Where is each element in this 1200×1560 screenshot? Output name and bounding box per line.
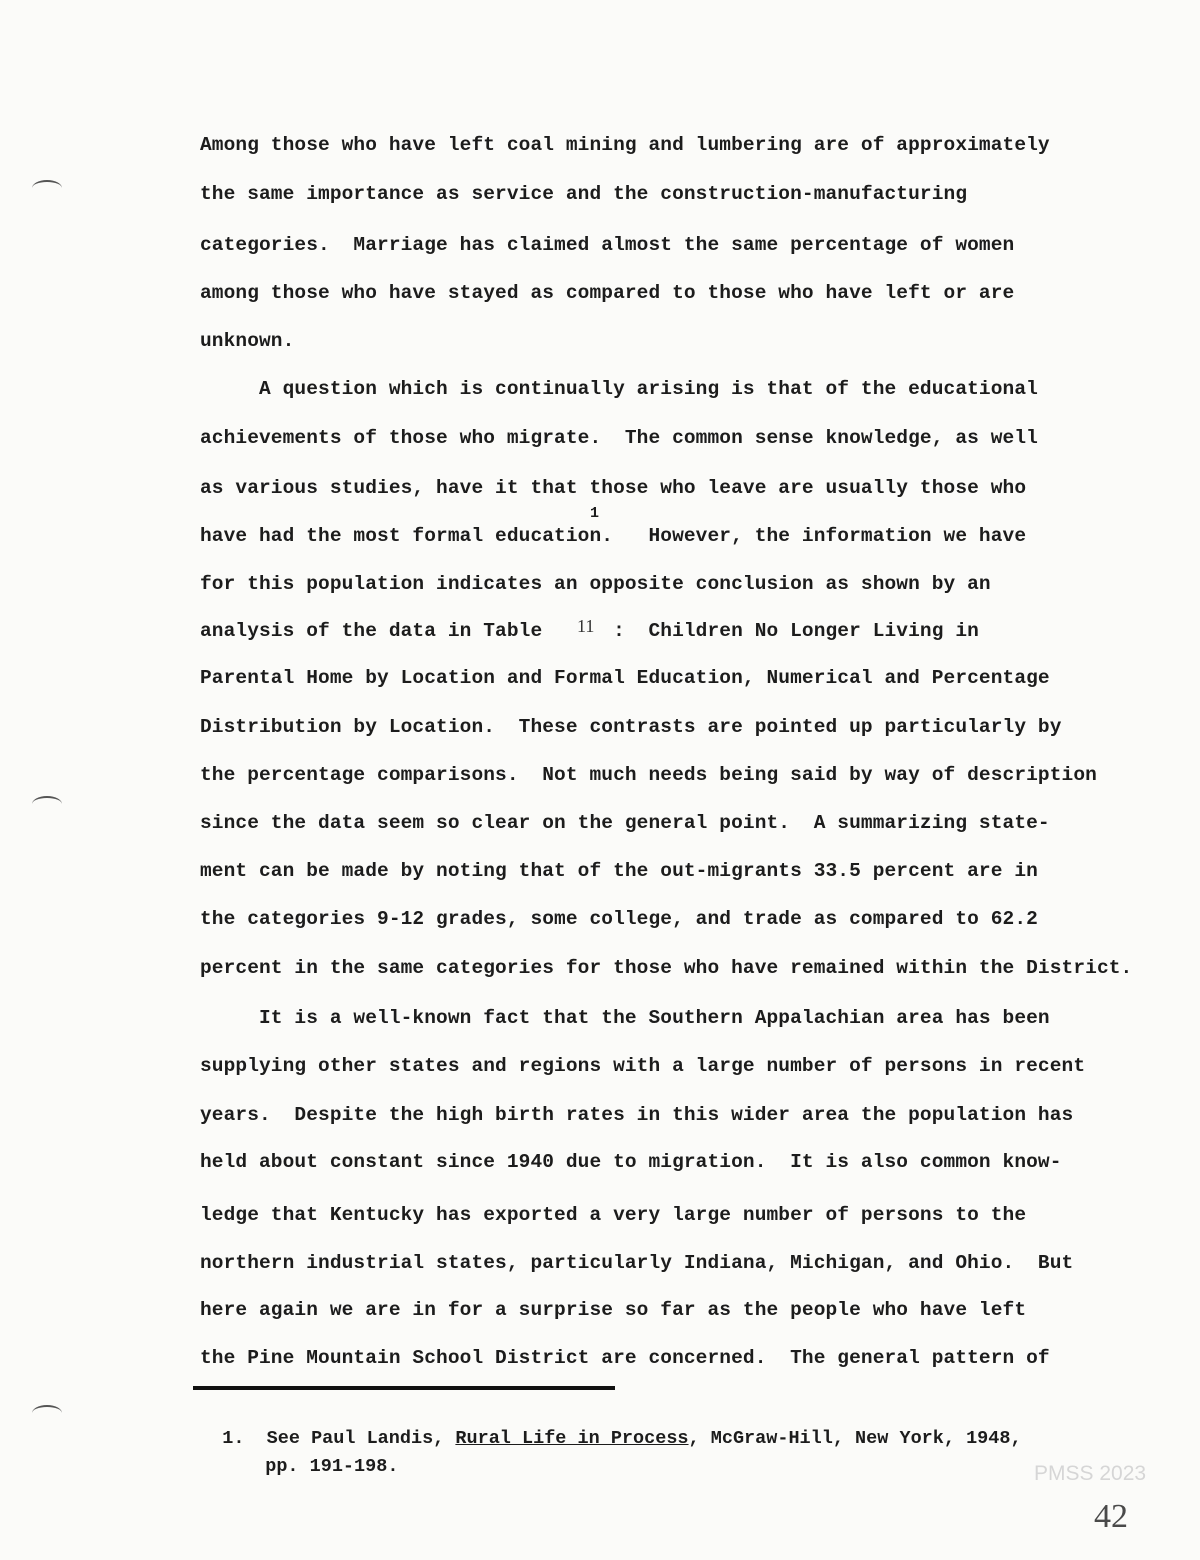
text-line: Distribution by Location. These contrast… (200, 715, 1062, 739)
hole-punch-mark (32, 180, 62, 196)
text-line: achievements of those who migrate. The c… (200, 426, 1038, 450)
text-line: A question which is continually arising … (200, 377, 1038, 401)
footnote-separator (193, 1386, 615, 1390)
footnote-pages: pp. 191-198. (265, 1456, 398, 1477)
text-line: have had the most formal education. Howe… (200, 524, 1026, 548)
text-line: here again we are in for a surprise so f… (200, 1298, 1026, 1322)
text-line: supplying other states and regions with … (200, 1054, 1085, 1078)
footnote-number: 1. (222, 1428, 244, 1449)
text-line: since the data seem so clear on the gene… (200, 811, 1050, 835)
text-line: as various studies, have it that those w… (200, 476, 1026, 500)
footnote-line-2: pp. 191-198. (243, 1434, 398, 1478)
text-line: Among those who have left coal mining an… (200, 133, 1050, 157)
footnote-book-title: Rural Life in Process (455, 1428, 688, 1449)
text-line: categories. Marriage has claimed almost … (200, 233, 1014, 257)
table-number-handwritten: 11 (577, 616, 594, 637)
text-line: the Pine Mountain School District are co… (200, 1346, 1050, 1370)
watermark: PMSS 2023 (1034, 1462, 1146, 1486)
text-line: Parental Home by Location and Formal Edu… (200, 666, 1050, 690)
text-line: the categories 9-12 grades, some college… (200, 907, 1038, 931)
text-line: held about constant since 1940 due to mi… (200, 1150, 1062, 1174)
text-line: the same importance as service and the c… (200, 182, 967, 206)
page-number: 42 (1094, 1498, 1128, 1536)
footnote-reference: 1 (590, 505, 599, 522)
text-line: among those who have stayed as compared … (200, 281, 1014, 305)
text-line: percent in the same categories for those… (200, 956, 1132, 980)
text-line: years. Despite the high birth rates in t… (200, 1103, 1073, 1127)
hole-punch-mark (32, 1405, 62, 1421)
text-line: ment can be made by noting that of the o… (200, 859, 1038, 883)
text-line: the percentage comparisons. Not much nee… (200, 763, 1097, 787)
footnote-suffix: , McGraw-Hill, New York, 1948, (689, 1428, 1022, 1449)
text-line: It is a well-known fact that the Souther… (200, 1006, 1050, 1030)
text-line: northern industrial states, particularly… (200, 1251, 1073, 1275)
hole-punch-mark (32, 796, 62, 812)
text-line: unknown. (200, 329, 294, 353)
text-line: for this population indicates an opposit… (200, 572, 991, 596)
text-line: ledge that Kentucky has exported a very … (200, 1203, 1026, 1227)
